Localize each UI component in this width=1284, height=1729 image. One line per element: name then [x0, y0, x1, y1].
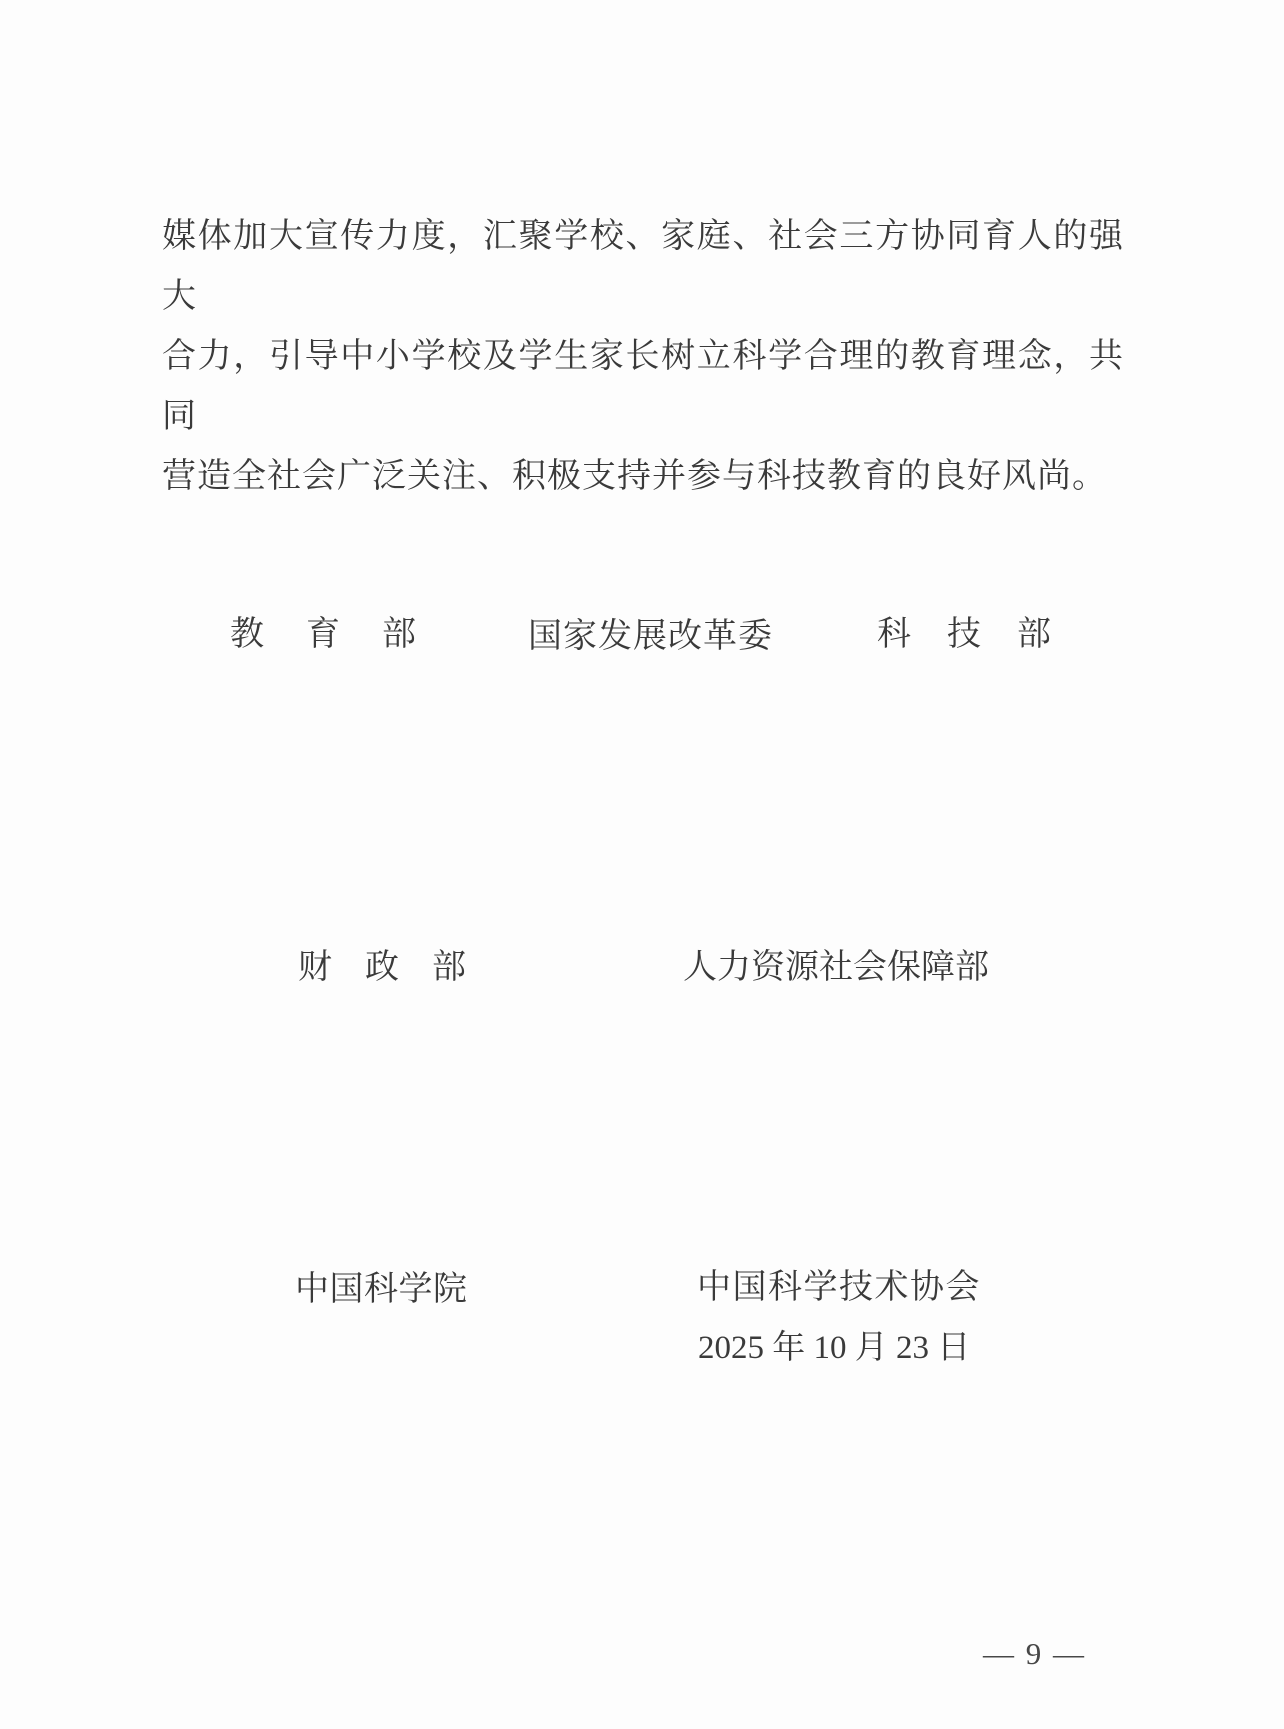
signatory-ministry-of-finance: 财政部 [298, 951, 499, 985]
body-paragraph: 媒体加大宣传力度，汇聚学校、家庭、社会三方协同育人的强大 合力，引导中小学校及学… [162, 207, 1124, 507]
paragraph-line-1: 媒体加大宣传力度，汇聚学校、家庭、社会三方协同育人的强大 [162, 207, 1124, 327]
paragraph-line-2: 合力，引导中小学校及学生家长树立科学合理的教育理念，共同 [162, 327, 1124, 447]
signatory-ministry-of-human-resources-social-security: 人力资源社会保障部 [683, 951, 989, 985]
paragraph-line-3: 营造全社会广泛关注、积极支持并参与科技教育的良好风尚。 [162, 447, 1124, 507]
signatory-ministry-of-science-technology: 科技部 [877, 618, 1087, 652]
signatory-china-association-science-technology: 中国科学技术协会 [697, 1271, 981, 1305]
signatory-chinese-academy-of-sciences: 中国科学院 [295, 1273, 468, 1307]
document-page: 媒体加大宣传力度，汇聚学校、家庭、社会三方协同育人的强大 合力，引导中小学校及学… [0, 0, 1284, 1729]
signatory-national-development-reform-commission: 国家发展改革委 [528, 620, 773, 654]
signatory-ministry-of-education: 教育部 [230, 618, 458, 652]
issue-date: 2025 年 10 月 23 日 [698, 1332, 970, 1365]
page-number: — 9 — [983, 1638, 1086, 1669]
